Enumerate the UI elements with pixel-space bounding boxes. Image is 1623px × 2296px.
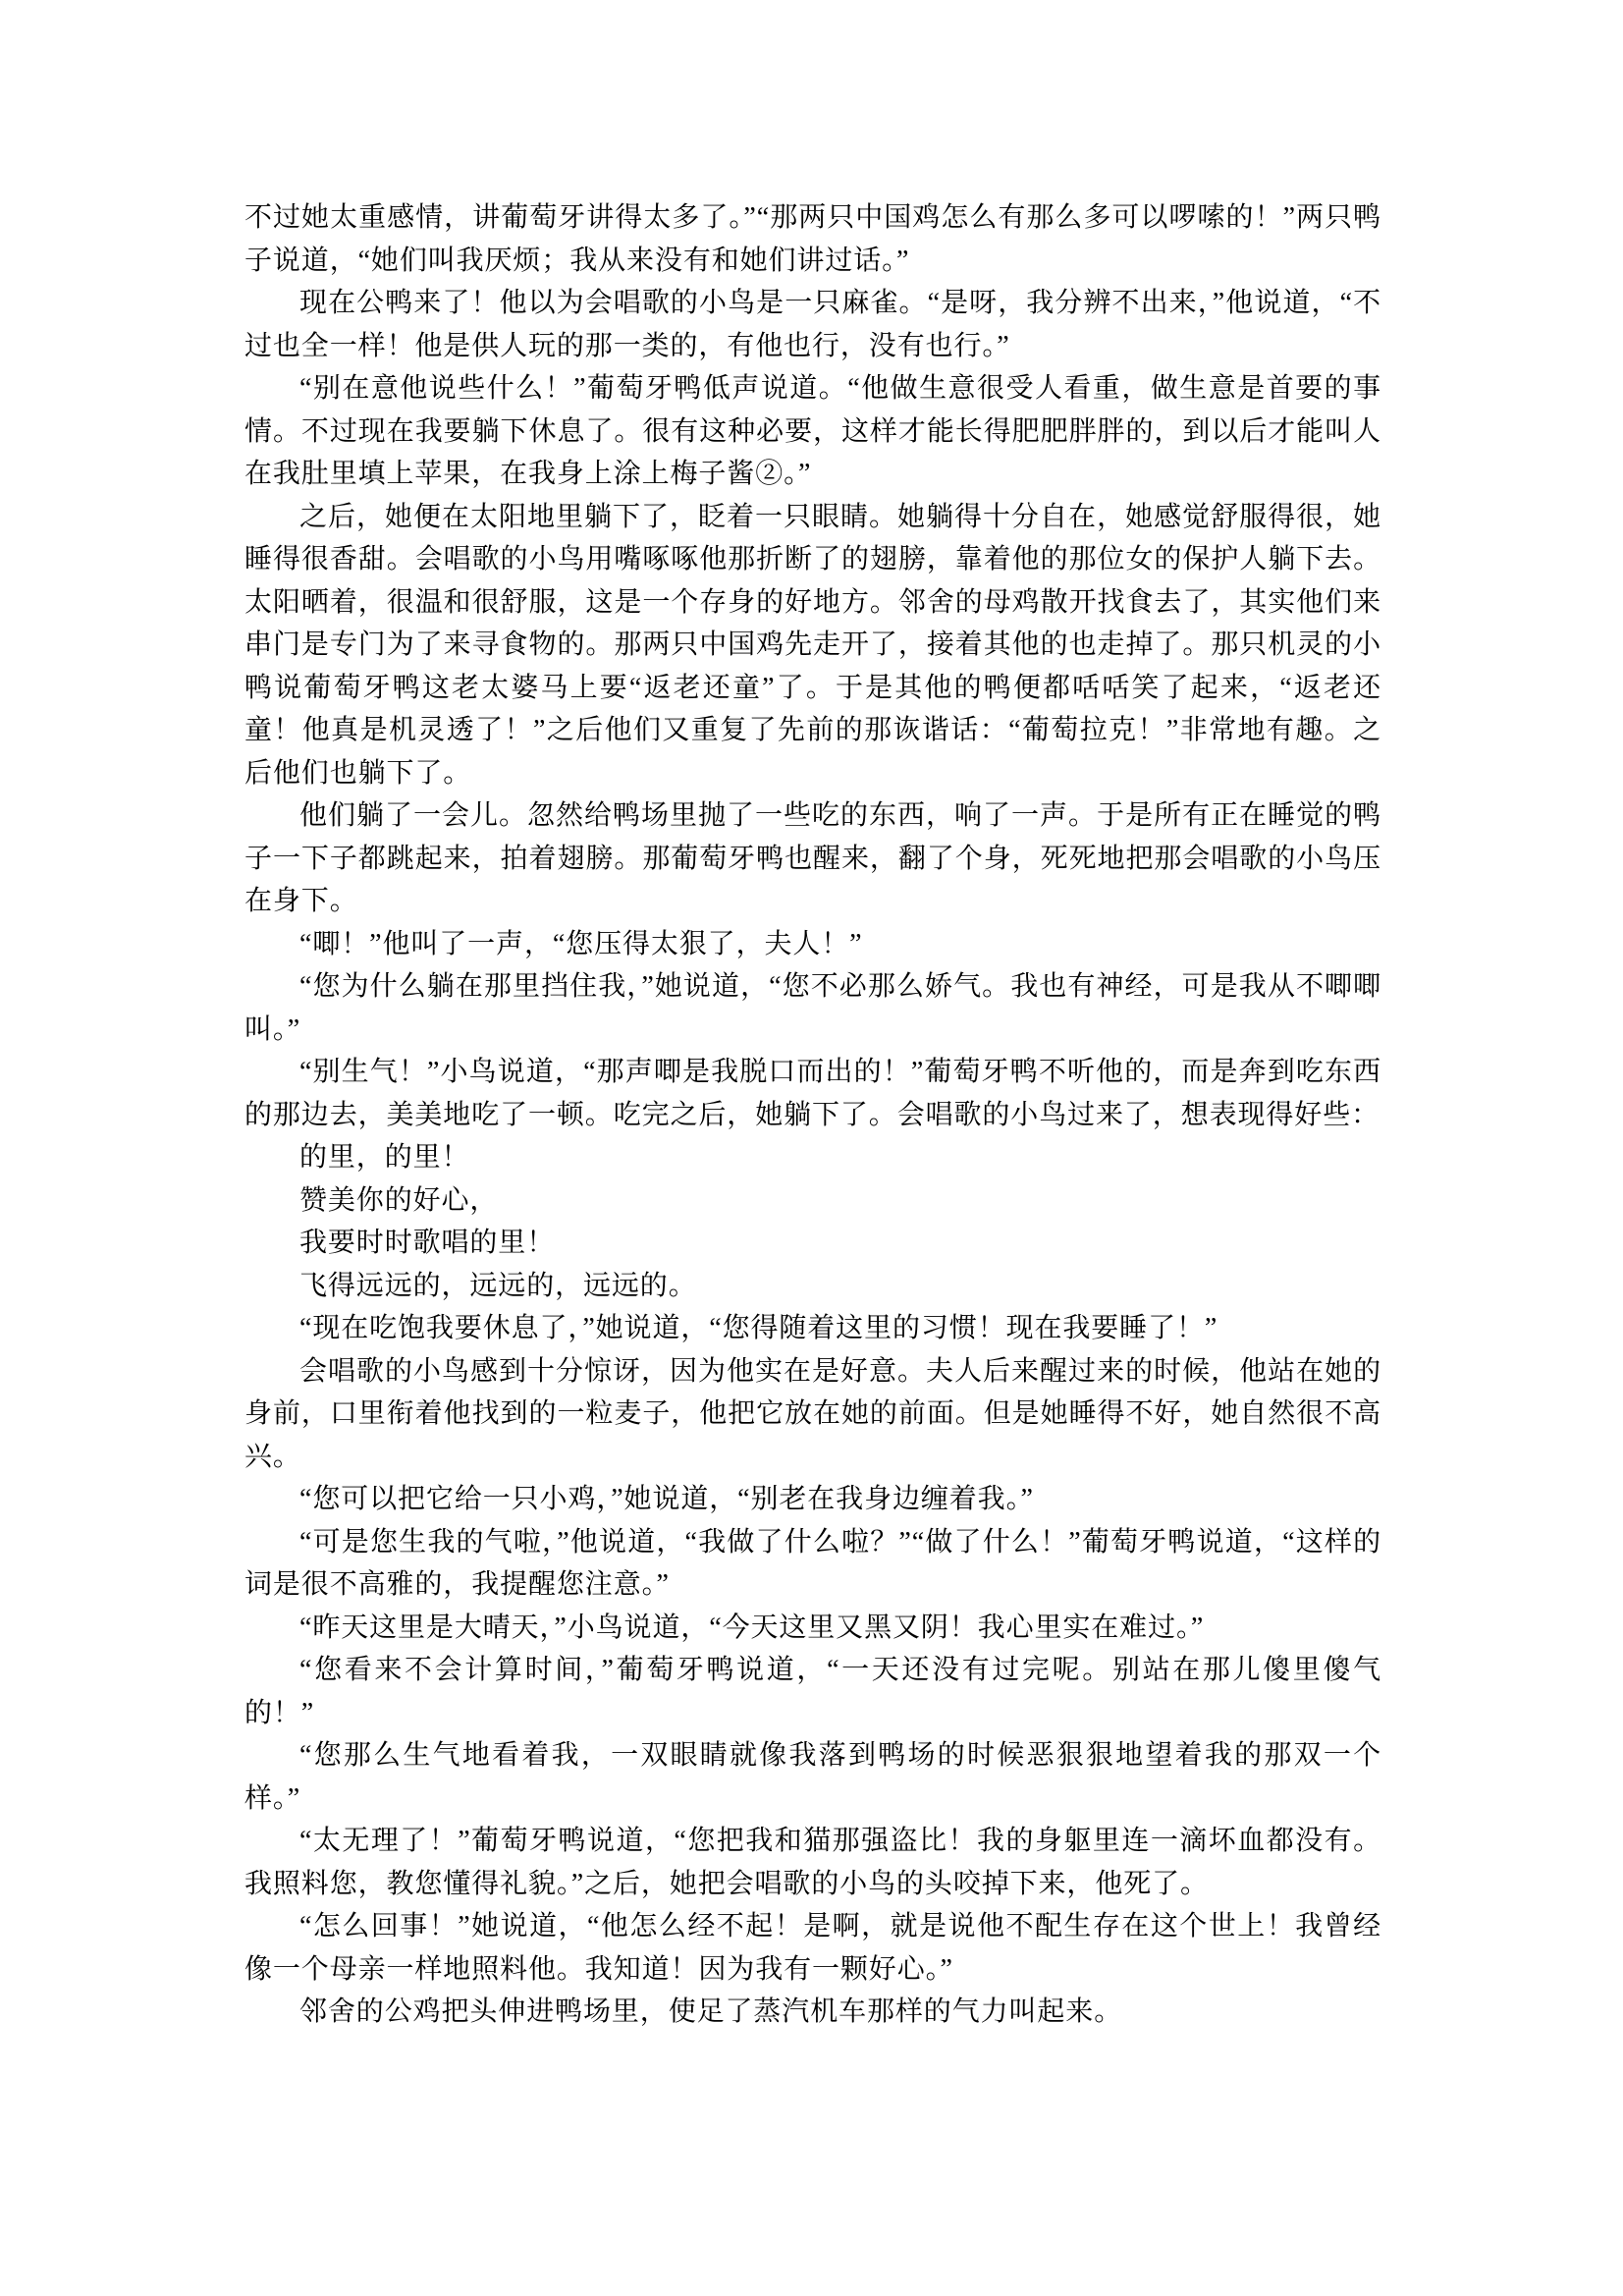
paragraph: “别在意他说些什么！”葡萄牙鸭低声说道。“他做生意很受人看重，做生意是首要的事情… [244,367,1381,496]
paragraph: 他们躺了一会儿。忽然给鸭场里抛了一些吃的东西，响了一声。于是所有正在睡觉的鸭子一… [244,794,1381,923]
paragraph: 之后，她便在太阳地里躺下了，眨着一只眼睛。她躺得十分自在，她感觉舒服得很，她睡得… [244,496,1381,795]
verse-line: 飞得远远的，远远的，远远的。 [244,1265,1381,1308]
paragraph: 现在公鸭来了！他以为会唱歌的小鸟是一只麻雀。“是呀，我分辨不出来，”他说道，“不… [244,282,1381,367]
document-page: 不过她太重感情，讲葡萄牙讲得太多了。”“那两只中国鸡怎么有那么多可以啰嗦的！”两… [0,0,1623,2296]
paragraph: 不过她太重感情，讲葡萄牙讲得太多了。”“那两只中国鸡怎么有那么多可以啰嗦的！”两… [244,196,1381,282]
paragraph: “怎么回事！”她说道，“他怎么经不起！是啊，就是说他不配生存在这个世上！我曾经像… [244,1905,1381,1991]
paragraph: “您那么生气地看着我，一双眼睛就像我落到鸭场的时候恶狠狠地望着我的那双一个样。” [244,1734,1381,1820]
paragraph: “昨天这里是大晴天，”小鸟说道，“今天这里又黑又阴！我心里实在难过。” [244,1607,1381,1650]
text-block: 不过她太重感情，讲葡萄牙讲得太多了。”“那两只中国鸡怎么有那么多可以啰嗦的！”两… [244,196,1381,2034]
paragraph: “唧！”他叫了一声，“您压得太狠了，夫人！” [244,923,1381,966]
paragraph: “您可以把它给一只小鸡，”她说道，“别老在我身边缠着我。” [244,1478,1381,1521]
paragraph: “现在吃饱我要休息了，”她说道，“您得随着这里的习惯！现在我要睡了！” [244,1307,1381,1350]
verse-line: 赞美你的好心， [244,1179,1381,1223]
paragraph: 会唱歌的小鸟感到十分惊讶，因为他实在是好意。夫人后来醒过来的时候，他站在她的身前… [244,1350,1381,1479]
paragraph: “您为什么躺在那里挡住我，”她说道，“您不必那么娇气。我也有神经，可是我从不唧唧… [244,965,1381,1051]
verse-line: 的里，的里！ [244,1136,1381,1179]
paragraph: “可是您生我的气啦，”他说道，“我做了什么啦？”“做了什么！”葡萄牙鸭说道，“这… [244,1521,1381,1607]
paragraph: “太无理了！”葡萄牙鸭说道，“您把我和猫那强盗比！我的身躯里连一滴坏血都没有。我… [244,1820,1381,1905]
paragraph: “您看来不会计算时间，”葡萄牙鸭说道，“一天还没有过完呢。别站在那儿傻里傻气的！… [244,1649,1381,1734]
verse-line: 我要时时歌唱的里！ [244,1222,1381,1265]
paragraph: “别生气！”小鸟说道，“那声唧是我脱口而出的！”葡萄牙鸭不听他的，而是奔到吃东西… [244,1051,1381,1136]
paragraph: 邻舍的公鸡把头伸进鸭场里，使足了蒸汽机车那样的气力叫起来。 [244,1991,1381,2034]
